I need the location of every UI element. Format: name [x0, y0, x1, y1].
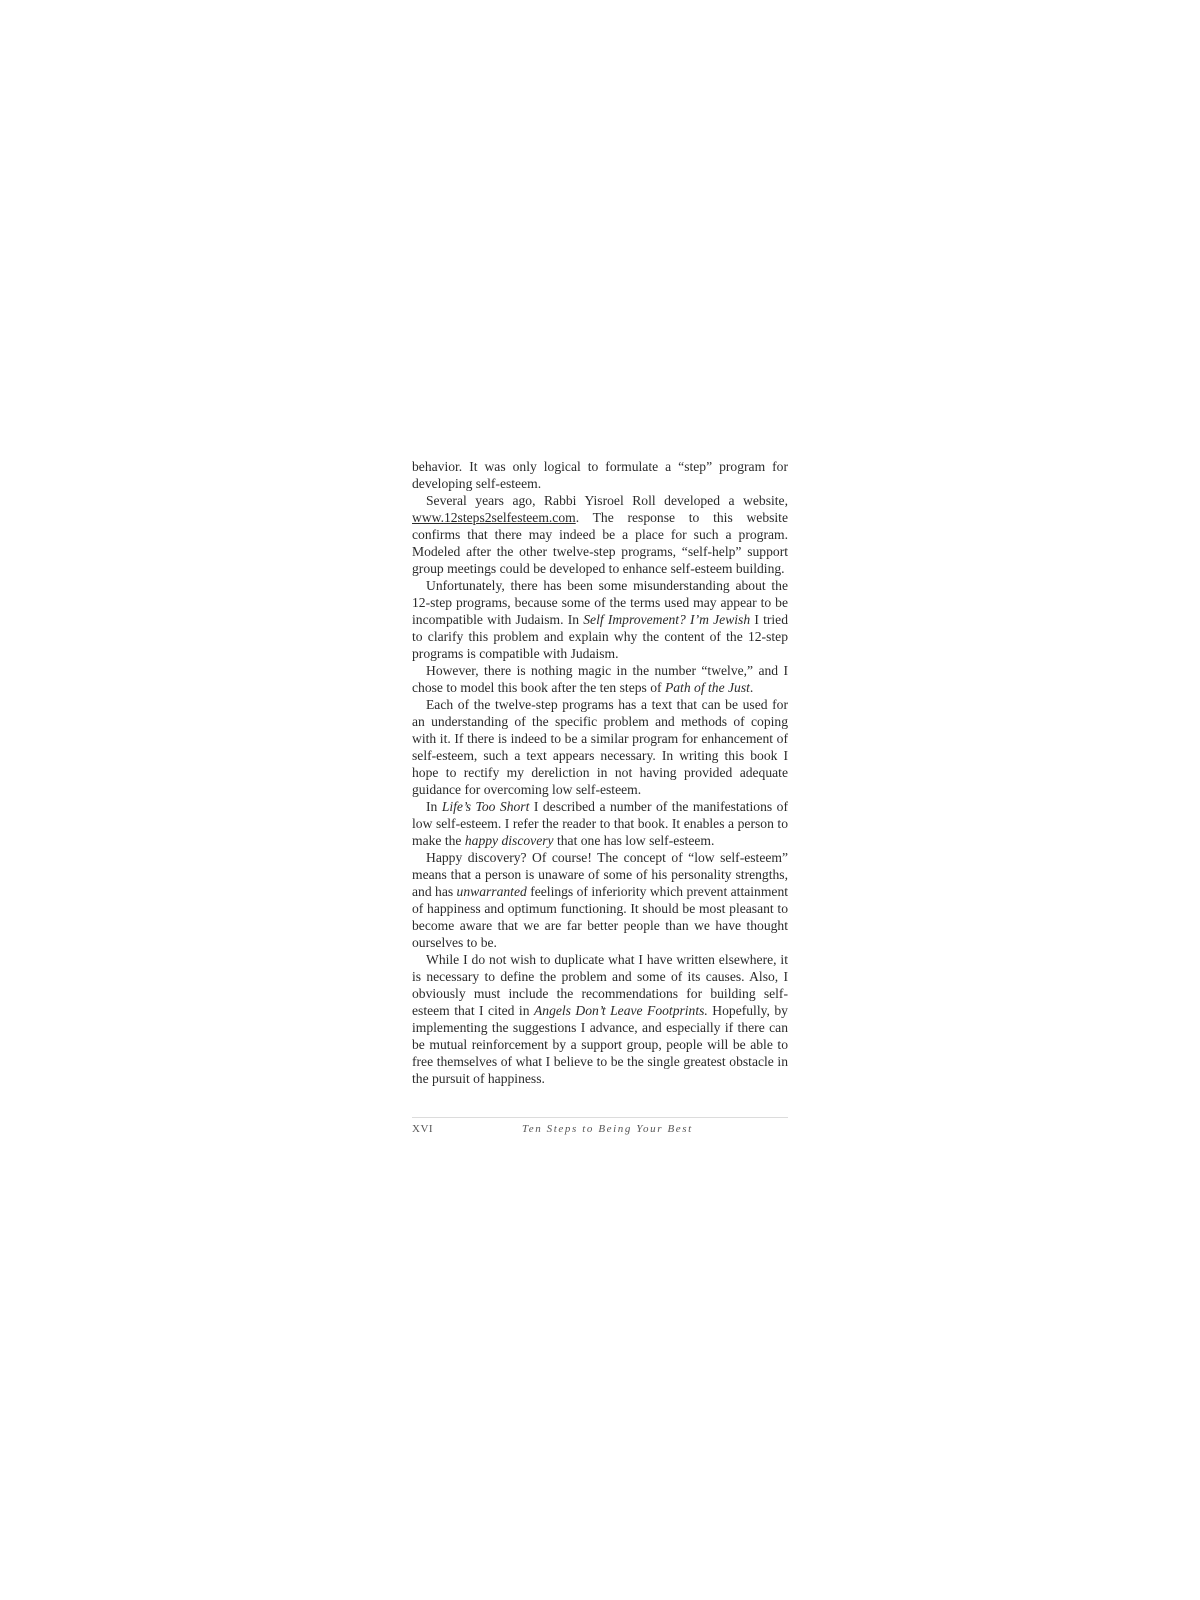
book-title: Path of the Just [665, 680, 750, 695]
emphasis: unwarranted [457, 884, 527, 899]
emphasis: happy discovery [465, 833, 554, 848]
book-title: Life’s Too Short [442, 799, 530, 814]
running-title: Ten Steps to Being Your Best [522, 1123, 693, 1135]
paragraph-text: Each of the twelve-step programs has a t… [412, 697, 788, 797]
page-body: behavior. It was only logical to formula… [412, 458, 788, 1087]
page-number: XVI [412, 1123, 433, 1135]
paragraph-misunderstanding: Unfortunately, there has been some misun… [412, 577, 788, 662]
paragraph-text-needed: Each of the twelve-step programs has a t… [412, 696, 788, 798]
paragraph-text: In [426, 799, 442, 814]
paragraph-text: that one has low self-esteem. [554, 833, 715, 848]
paragraph-text: . [750, 680, 753, 695]
paragraph-twelve: However, there is nothing magic in the n… [412, 662, 788, 696]
paragraph-continued: behavior. It was only logical to formula… [412, 458, 788, 492]
paragraph-text: Several years ago, Rabbi Yisroel Roll de… [426, 493, 788, 508]
paragraph-happy-discovery: Happy discovery? Of course! The concept … [412, 849, 788, 951]
page-footer: XVI Ten Steps to Being Your Best [412, 1117, 788, 1142]
book-title: Self Improvement? I’m Jewish [583, 612, 750, 627]
body-text: behavior. It was only logical to formula… [412, 458, 788, 1087]
paragraph-website: Several years ago, Rabbi Yisroel Roll de… [412, 492, 788, 577]
paragraph-text: behavior. It was only logical to formula… [412, 459, 788, 491]
paragraph-conclusion: While I do not wish to duplicate what I … [412, 951, 788, 1087]
website-link[interactable]: www.12steps2selfesteem.com [412, 510, 576, 525]
book-title: Angels Don’t Leave Footprints. [534, 1003, 708, 1018]
paragraph-lifes-too-short: In Life’s Too Short I described a number… [412, 798, 788, 849]
